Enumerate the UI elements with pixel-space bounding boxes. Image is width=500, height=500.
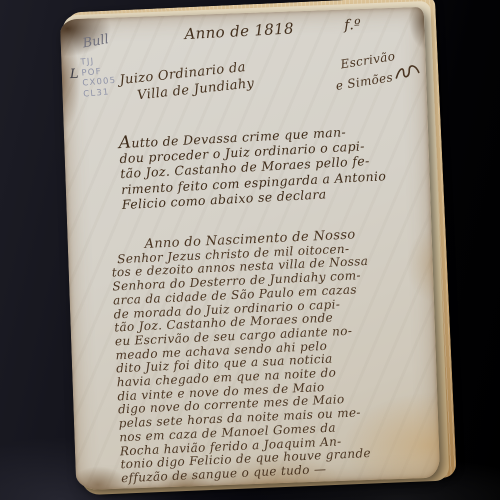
stamp-line: CL31 [83,86,118,99]
case-title-paragraph: Autto de Devassa crime que man- dou proc… [118,120,422,212]
pencil-archive-note: Bull [82,32,110,51]
photo-background: Bull TJJ POF CX005 CL31 L Anno de 1818 f… [0,0,500,500]
court-heading: Juizo Ordinario da Villa de Jundiahy [119,58,255,106]
margin-mark: L [70,67,80,82]
year-heading: Anno de 1818 [184,19,294,43]
body-paragraph: Anno do Nascimento de Nosso Senhor Jezus… [110,225,439,486]
archive-reference-stamp: TJJ POF CX005 CL31 [80,55,118,100]
signature-flourish [393,62,422,88]
clerk-signature: e Simões [335,70,394,93]
folio-mark: f.º [344,17,361,34]
clerk-annotation: Escrivão e Simões [339,43,422,97]
manuscript-page: Bull TJJ POF CX005 CL31 L Anno de 1818 f… [60,7,440,490]
